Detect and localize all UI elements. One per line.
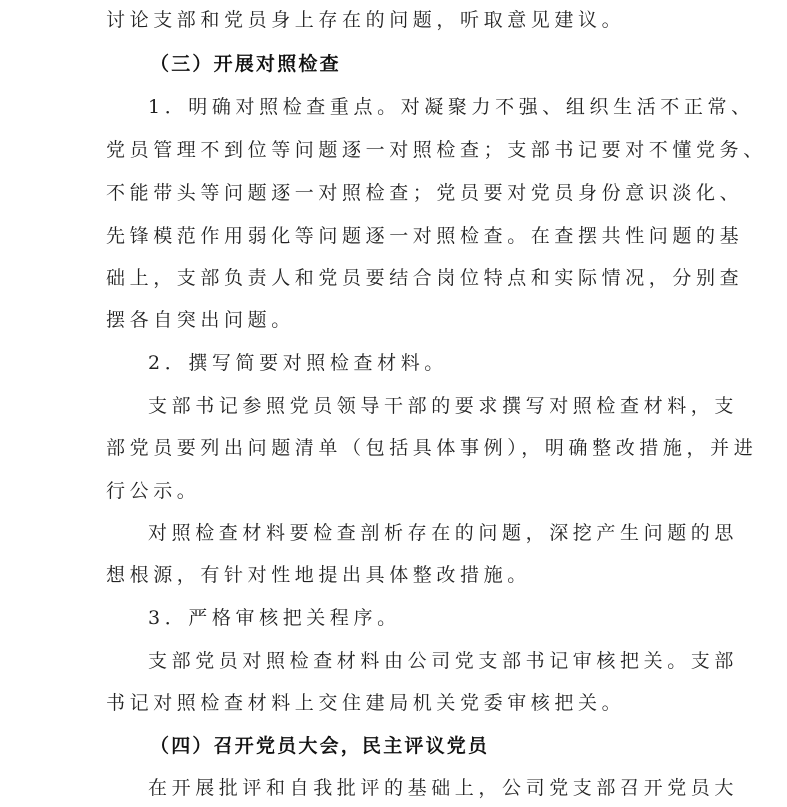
paragraph-line: 在开展批评和自我批评的基础上，公司党支部召开党员大 [148, 774, 728, 802]
paragraph-line: 础上，支部负责人和党员要结合岗位特点和实际情况，分别查 [106, 264, 686, 292]
paragraph-line: 讨论支部和党员身上存在的问题，听取意见建议。 [106, 6, 686, 34]
paragraph-line: 支部书记参照党员领导干部的要求撰写对照检查材料，支 [148, 392, 728, 420]
paragraph-line: 行公示。 [106, 477, 686, 505]
paragraph-line: 先锋模范作用弱化等问题逐一对照检查。在查摆共性问题的基 [106, 222, 686, 250]
paragraph-line: 书记对照检查材料上交住建局机关党委审核把关。 [106, 689, 686, 717]
paragraph-line: 2．撰写简要对照检查材料。 [148, 349, 728, 377]
paragraph-line: 支部党员对照检查材料由公司党支部书记审核把关。支部 [148, 647, 728, 675]
paragraph-line: 对照检查材料要检查剖析存在的问题，深挖产生问题的思 [148, 519, 728, 547]
paragraph-line: 想根源，有针对性地提出具体整改措施。 [106, 561, 686, 589]
paragraph-line: 1．明确对照检查重点。对凝聚力不强、组织生活不正常、 [148, 93, 728, 121]
paragraph-line: 3．严格审核把关程序。 [148, 604, 728, 632]
paragraph-line: 摆各自突出问题。 [106, 306, 686, 334]
paragraph-line: 部党员要列出问题清单（包括具体事例），明确整改措施，并进 [106, 434, 686, 462]
paragraph-line: 党员管理不到位等问题逐一对照检查；支部书记要对不懂党务、 [106, 136, 686, 164]
paragraph-line: 不能带头等问题逐一对照检查；党员要对党员身份意识淡化、 [106, 179, 686, 207]
document-page: 讨论支部和党员身上存在的问题，听取意见建议。 （三）开展对照检查 1．明确对照检… [0, 0, 787, 807]
section-heading-3: （三）开展对照检查 [150, 50, 730, 78]
section-heading-4: （四）召开党员大会，民主评议党员 [150, 732, 730, 760]
